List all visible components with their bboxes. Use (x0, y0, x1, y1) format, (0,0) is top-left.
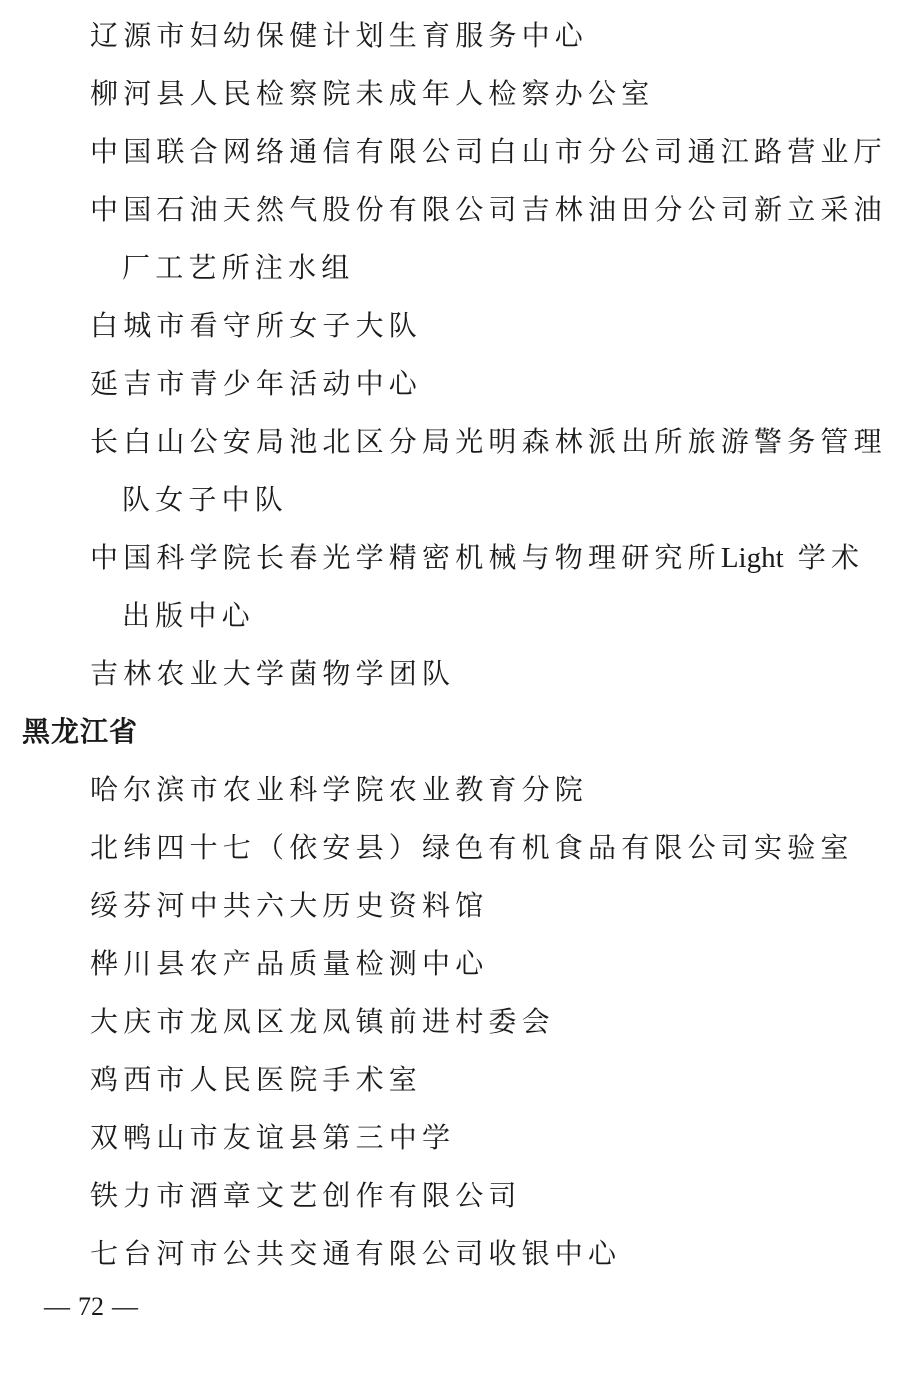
section-heading-province: 黑龙江省 (0, 703, 900, 761)
list-item: 柳河县人民检察院未成年人检察办公室 (0, 65, 900, 123)
list-item: 七台河市公共交通有限公司收银中心 (0, 1225, 900, 1283)
page-footer: —72— (44, 1290, 138, 1324)
list-item: 延吉市青少年活动中心 (0, 355, 900, 413)
list-item-continuation: 厂工艺所注水组 (0, 239, 900, 297)
document-page: 辽源市妇幼保健计划生育服务中心 柳河县人民检察院未成年人检察办公室 中国联合网络… (0, 7, 900, 1283)
list-item: 北纬四十七（依安县）绿色有机食品有限公司实验室 (0, 819, 900, 877)
list-item: 铁力市酒章文艺创作有限公司 (0, 1167, 900, 1225)
page-number: 72 (78, 1290, 104, 1324)
item-text-part: 中国科学院长春光学精密机械与物理研究所 (90, 541, 721, 574)
list-item: 鸡西市人民医院手术室 (0, 1051, 900, 1109)
list-item: 白城市看守所女子大队 (0, 297, 900, 355)
list-item: 桦川县农产品质量检测中心 (0, 935, 900, 993)
list-item: 中国科学院长春光学精密机械与物理研究所Light 学术 (0, 529, 900, 587)
list-item: 中国石油天然气股份有限公司吉林油田分公司新立采油 (0, 181, 900, 239)
list-item: 哈尔滨市农业科学院农业教育分院 (0, 761, 900, 819)
list-item: 大庆市龙凤区龙凤镇前进村委会 (0, 993, 900, 1051)
list-item: 绥芬河中共六大历史资料馆 (0, 877, 900, 935)
footer-dash-left: — (44, 1290, 70, 1324)
list-item-continuation: 出版中心 (0, 587, 900, 645)
item-text-latin: Light (721, 542, 784, 574)
list-item: 双鸭山市友谊县第三中学 (0, 1109, 900, 1167)
list-item: 长白山公安局池北区分局光明森林派出所旅游警务管理 (0, 413, 900, 471)
list-item: 辽源市妇幼保健计划生育服务中心 (0, 7, 900, 65)
item-text-part: 学术 (798, 541, 864, 574)
footer-dash-right: — (112, 1290, 138, 1324)
list-item: 中国联合网络通信有限公司白山市分公司通江路营业厅 (0, 123, 900, 181)
list-item-continuation: 队女子中队 (0, 471, 900, 529)
list-item: 吉林农业大学菌物学团队 (0, 645, 900, 703)
